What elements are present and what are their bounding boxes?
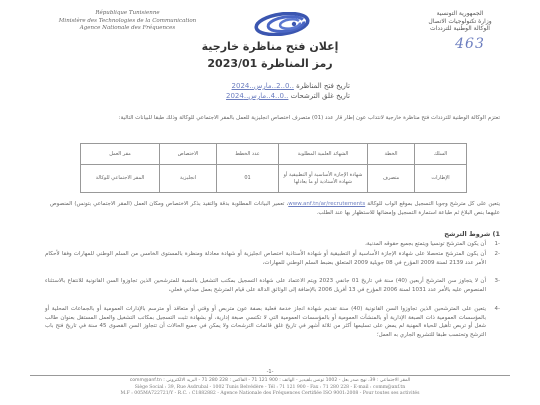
registration-text-before: يتعين على كل مترشح وجوبا التسجيل بموقع ا… [367,201,500,207]
french-header-line: Agence Nationale des Fréquences [20,25,235,33]
table-header-cell: الاختصاص [160,144,217,165]
condition-number: -3 [486,277,500,294]
conditions-title: 1) شروط الترشح [360,230,500,238]
condition-text: أن لا يتجاوز سن المترشح أربعين (40) سنة … [45,277,486,294]
condition-number: -2 [486,250,500,267]
table-header-cell: مقر العمل [81,144,160,165]
intro-paragraph: تعتزم الوكالة الوطنية للترددات فتح مناظر… [50,114,500,123]
table-header-cell: السلك [415,144,467,165]
arabic-header: الجمهورية التونسية وزارة تكنولوجيات الات… [400,10,520,33]
condition-item: -4 يتعين على المترشحين الذين تجاوزوا الس… [45,305,500,339]
table-header-cell: عدد الخطط [217,144,279,165]
table-header-row: السلك الخطة الشهائد العلمية المطلوبة عدد… [81,144,467,165]
condition-text: أن يكون المترشح متحصلا على شهادة الإجازة… [45,250,486,267]
footer-registration-info: M.F : 005MA722721/Y - R.C. : C1882882 - … [30,391,510,398]
table-cell: انجليزية [160,165,217,193]
open-date-label: تاريخ فتح المناظرة [296,82,350,90]
table-cell: 01 [217,165,279,193]
footer-divider [30,375,510,376]
footer: المقر الاجتماعي : 39، نهج صدر بعل - 1002… [30,378,510,398]
registration-paragraph: يتعين على كل مترشح وجوبا التسجيل بموقع ا… [50,200,500,217]
close-date-label: تاريخ غلق الترشحات [291,92,350,100]
condition-text: أن يكون المترشح تونسيا ويتمتع بجميع حقوق… [45,240,486,249]
table-cell: متصرف [368,165,415,193]
condition-item: -2 أن يكون المترشح متحصلا على شهادة الإج… [45,250,500,267]
condition-number: -4 [486,305,500,339]
condition-number: -1 [486,240,500,249]
open-date-line: تاريخ فتح المناظرة ..0..2..مارس..2024 [150,82,350,90]
close-date-line: تاريخ غلق الترشحات ..0..4..مارس..2024 [150,92,350,100]
condition-text: يتعين على المترشحين الذين تجاوزوا السن ا… [45,305,486,339]
table-row: الإطارات متصرف شهادة الإجازة الأساسية أو… [81,165,467,193]
french-header-line: République Tunisienne [20,10,235,18]
table-cell: شهادة الإجازة الأساسية أو التطبيقية أو ش… [279,165,368,193]
french-header: République Tunisienne Ministère des Tech… [20,10,235,33]
announcement-title: إعلان فتح مناظرة خارجية [170,40,370,53]
condition-item: -3 أن لا يتجاوز سن المترشح أربعين (40) س… [45,277,500,294]
table-cell: الإطارات [415,165,467,193]
table-cell: المقر الاجتماعي للوكالة [81,165,160,193]
table-header-cell: الخطة [368,144,415,165]
anf-logo-icon [250,12,315,36]
recruitment-link[interactable]: www.anf.tn/ar/recrutements [288,201,365,207]
handwritten-reference-number: 463 [440,36,500,52]
arabic-header-line: الجمهورية التونسية [400,10,520,18]
competition-code: رمز المناظرة 2023/01 [170,57,370,70]
arabic-header-line: الوكالة الوطنية للترددات [400,25,520,33]
condition-item: -1 أن يكون المترشح تونسيا ويتمتع بجميع ح… [45,240,500,249]
french-header-line: Ministère des Technologies de la Communi… [20,18,235,26]
close-date-value: ..0..4..مارس..2024 [226,92,288,100]
table-header-cell: الشهائد العلمية المطلوبة [279,144,368,165]
open-date-value: ..0..2..مارس..2024 [232,82,294,90]
arabic-header-line: وزارة تكنولوجيات الاتصال [400,18,520,26]
positions-table: السلك الخطة الشهائد العلمية المطلوبة عدد… [80,143,467,193]
